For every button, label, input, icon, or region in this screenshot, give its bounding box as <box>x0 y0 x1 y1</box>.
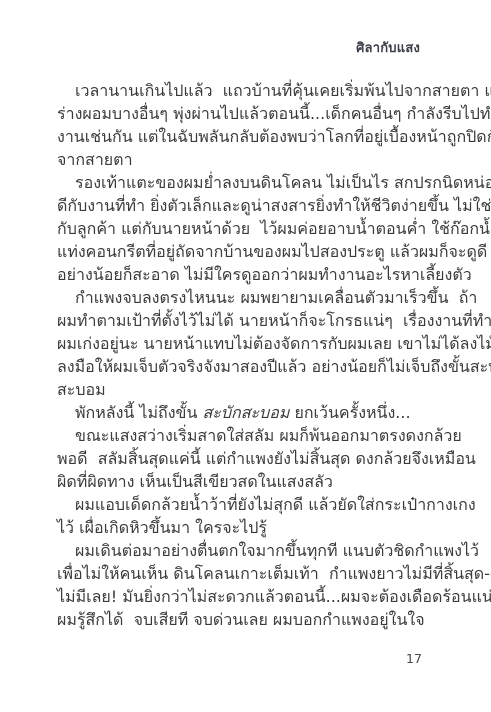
text-line: เพื่อไม่ให้คนเห็น ดินโคลนเกาะเต็มเท้า กำ… <box>57 562 445 585</box>
text-line: ร่างผอมบางอื่นๆ พุ่งผ่านไปแล้วตอนนี้...เ… <box>57 102 445 125</box>
text-segment: ลงมือให้ผมเจ็บตัวจริงจังมาสองปีแล้ว อย่า… <box>57 357 491 376</box>
text-segment: ร่างผอมบางอื่นๆ พุ่งผ่านไปแล้วตอนนี้...เ… <box>57 104 491 123</box>
text-segment: เวลานานเกินไปแล้ว แถวบ้านที่คุ้นเคยเริ่ม… <box>75 81 491 100</box>
text-segment: ยกเว้นครั้งหนึ่ง... <box>289 403 410 422</box>
text-line: ไม่มีเลย! มันยิ่งกว่าไม่สะดวกแล้วตอนนี้.… <box>57 585 445 608</box>
paragraph: เวลานานเกินไปแล้ว แถวบ้านที่คุ้นเคยเริ่ม… <box>57 79 445 171</box>
body-text: เวลานานเกินไปแล้ว แถวบ้านที่คุ้นเคยเริ่ม… <box>57 79 445 631</box>
text-segment: เพื่อไม่ให้คนเห็น ดินโคลนเกาะเต็มเท้า กำ… <box>57 564 491 583</box>
text-line: ดีกับงานที่ทำ ยิ่งตัวเล็กและดูน่าสงสารยิ… <box>57 194 445 217</box>
text-segment: ดีกับงานที่ทำ ยิ่งตัวเล็กและดูน่าสงสารยิ… <box>57 196 491 215</box>
text-segment: อย่างน้อยก็สะอาด ไม่มีใครดูออกว่าผมทำงาน… <box>57 265 472 284</box>
text-segment: สะบอม <box>57 380 106 399</box>
text-segment: แท่งคอนกรีตที่อยู่ถัดจากบ้านของผมไปสองปร… <box>57 242 487 261</box>
paragraph: ผมแอบเด็ดกล้วยน้ำว้าที่ยังไม่สุกดี แล้วย… <box>57 493 445 539</box>
text-segment: ผมเดินต่อมาอย่างตื่นตกใจมากขึ้นทุกที แนบ… <box>75 541 479 560</box>
text-line: ไว้ เผื่อเกิดหิวขึ้นมา ใครจะไปรู้ <box>57 516 445 539</box>
text-line: จากสายตา <box>57 148 445 171</box>
text-segment: พอดี สลัมสิ้นสุดแค่นี้ แต่กำแพงยังไม่สิ้… <box>57 449 476 468</box>
text-line: ผมรู้สึกได้ จบเสียที จบด่วนเลย ผมบอกกำแพ… <box>57 608 445 631</box>
text-segment: ผมทำตามเป้าที่ตั้งไว้ไม่ได้ นายหน้าก็จะโ… <box>57 311 491 330</box>
text-line: งานเช่นกัน แต่ในฉับพลันกลับต้องพบว่าโลกท… <box>57 125 445 148</box>
text-line: เวลานานเกินไปแล้ว แถวบ้านที่คุ้นเคยเริ่ม… <box>57 79 445 102</box>
text-line: รองเท้าแตะของผมย่ำลงบนดินโคลน ไม่เป็นไร … <box>57 171 445 194</box>
running-header-title: ศิลากับแสง <box>356 37 420 58</box>
text-segment: พักหลังนี้ ไม่ถึงขั้น <box>75 403 202 422</box>
paragraph: รองเท้าแตะของผมย่ำลงบนดินโคลน ไม่เป็นไร … <box>57 171 445 286</box>
text-line: พักหลังนี้ ไม่ถึงขั้น สะบักสะบอม ยกเว้นค… <box>57 401 445 424</box>
page-number: 17 <box>406 651 422 666</box>
text-line: ผมแอบเด็ดกล้วยน้ำว้าที่ยังไม่สุกดี แล้วย… <box>57 493 445 516</box>
paragraph: ขณะแสงสว่างเริ่มสาดใส่สลัม ผมก็พ้นออกมาต… <box>57 424 445 493</box>
text-line: อย่างน้อยก็สะอาด ไม่มีใครดูออกว่าผมทำงาน… <box>57 263 445 286</box>
paragraph: ผมเดินต่อมาอย่างตื่นตกใจมากขึ้นทุกที แนบ… <box>57 539 445 631</box>
text-line: กำแพงจบลงตรงไหนนะ ผมพยายามเคลื่อนตัวมาเร… <box>57 286 445 309</box>
book-page: ศิลากับแสง เวลานานเกินไปแล้ว แถวบ้านที่ค… <box>0 0 491 712</box>
paragraph: พักหลังนี้ ไม่ถึงขั้น สะบักสะบอม ยกเว้นค… <box>57 401 445 424</box>
text-line: ขณะแสงสว่างเริ่มสาดใส่สลัม ผมก็พ้นออกมาต… <box>57 424 445 447</box>
text-segment: จากสายตา <box>57 150 133 169</box>
text-line: ผิดที่ผิดทาง เห็นเป็นสีเขียวสดในแสงสลัว <box>57 470 445 493</box>
text-segment: กับลูกค้า แต่กับนายหน้าด้วย ไว้ผมค่อยอาบ… <box>57 219 491 238</box>
text-segment: รองเท้าแตะของผมย่ำลงบนดินโคลน ไม่เป็นไร … <box>75 173 491 192</box>
italic-text-segment: สะบักสะบอม <box>202 403 289 422</box>
text-segment: ไว้ เผื่อเกิดหิวขึ้นมา ใครจะไปรู้ <box>57 518 267 537</box>
text-line: พอดี สลัมสิ้นสุดแค่นี้ แต่กำแพงยังไม่สิ้… <box>57 447 445 470</box>
text-line: ผมเก่งอยู่นะ นายหน้าแทบไม่ต้องจัดการกับผ… <box>57 332 445 355</box>
text-segment: ขณะแสงสว่างเริ่มสาดใส่สลัม ผมก็พ้นออกมาต… <box>75 426 462 445</box>
text-line: แท่งคอนกรีตที่อยู่ถัดจากบ้านของผมไปสองปร… <box>57 240 445 263</box>
text-line: ผมทำตามเป้าที่ตั้งไว้ไม่ได้ นายหน้าก็จะโ… <box>57 309 445 332</box>
paragraph: กำแพงจบลงตรงไหนนะ ผมพยายามเคลื่อนตัวมาเร… <box>57 286 445 401</box>
text-line: ลงมือให้ผมเจ็บตัวจริงจังมาสองปีแล้ว อย่า… <box>57 355 445 378</box>
text-segment: ผิดที่ผิดทาง เห็นเป็นสีเขียวสดในแสงสลัว <box>57 472 333 491</box>
text-segment: ผมรู้สึกได้ จบเสียที จบด่วนเลย ผมบอกกำแพ… <box>57 610 425 629</box>
text-line: ผมเดินต่อมาอย่างตื่นตกใจมากขึ้นทุกที แนบ… <box>57 539 445 562</box>
text-line: กับลูกค้า แต่กับนายหน้าด้วย ไว้ผมค่อยอาบ… <box>57 217 445 240</box>
text-segment: กำแพงจบลงตรงไหนนะ ผมพยายามเคลื่อนตัวมาเร… <box>75 288 477 307</box>
text-segment: ผมแอบเด็ดกล้วยน้ำว้าที่ยังไม่สุกดี แล้วย… <box>75 495 476 514</box>
text-segment: ผมเก่งอยู่นะ นายหน้าแทบไม่ต้องจัดการกับผ… <box>57 334 491 353</box>
text-segment: งานเช่นกัน แต่ในฉับพลันกลับต้องพบว่าโลกท… <box>57 127 491 146</box>
text-line: สะบอม <box>57 378 445 401</box>
text-segment: ไม่มีเลย! มันยิ่งกว่าไม่สะดวกแล้วตอนนี้.… <box>57 587 491 606</box>
